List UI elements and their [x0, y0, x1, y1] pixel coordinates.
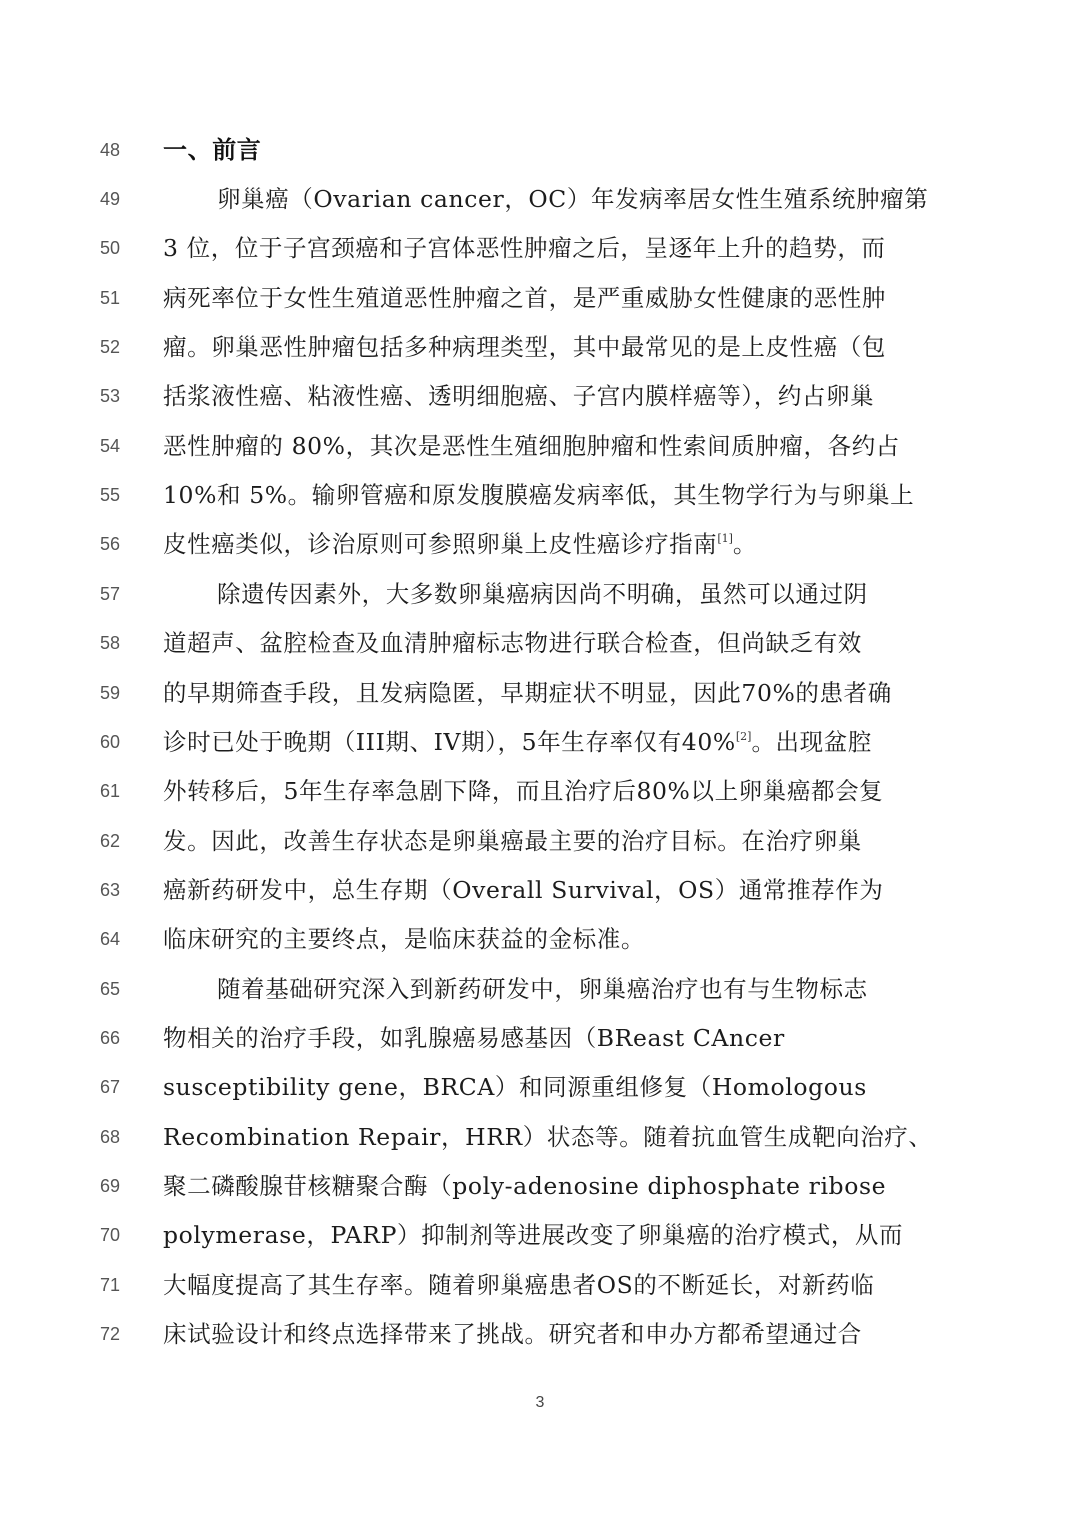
line-number: 50	[100, 224, 140, 273]
line-text-content: 床试验设计和终点选择带来了挑战。研究者和申办方都希望通过合	[163, 1320, 862, 1348]
line-text-content: 皮性癌类似，诊治原则可参照卵巢上皮性癌诊疗指南	[163, 530, 717, 558]
text-line: 62发。因此，改善生存状态是卵巢癌最主要的治疗目标。在治疗卵巢	[0, 817, 1080, 866]
line-number: 55	[100, 471, 140, 520]
page-number: 3	[0, 1394, 1080, 1412]
line-number: 51	[100, 274, 140, 323]
text-line: 72床试验设计和终点选择带来了挑战。研究者和申办方都希望通过合	[0, 1310, 1080, 1359]
line-number: 65	[100, 965, 140, 1014]
line-text: 大幅度提高了其生存率。随着卵巢癌患者OS的不断延长，对新药临	[163, 1261, 920, 1310]
text-line: 57除遗传因素外，大多数卵巢癌病因尚不明确，虽然可以通过阴	[0, 570, 1080, 619]
line-text: 床试验设计和终点选择带来了挑战。研究者和申办方都希望通过合	[163, 1310, 920, 1359]
line-text: 卵巢癌（Ovarian cancer，OC）年发病率居女性生殖系统肿瘤第	[217, 175, 920, 224]
line-number: 62	[100, 817, 140, 866]
line-text: 外转移后，5年生存率急剧下降，而且治疗后80%以上卵巢癌都会复	[163, 767, 920, 816]
line-number: 66	[100, 1014, 140, 1063]
line-number: 64	[100, 915, 140, 964]
text-line: 68Recombination Repair，HRR）状态等。随着抗血管生成靶向…	[0, 1113, 1080, 1162]
citation-reference[interactable]: [1]	[717, 532, 733, 545]
line-text-content: 病死率位于女性生殖道恶性肿瘤之首，是严重威胁女性健康的恶性肿	[163, 284, 886, 312]
line-text: 10%和 5%。输卵管癌和原发腹膜癌发病率低，其生物学行为与卵巢上	[163, 471, 920, 520]
line-text: 恶性肿瘤的 80%，其次是恶性生殖细胞肿瘤和性索间质肿瘤，各约占	[163, 422, 920, 471]
line-text: susceptibility gene，BRCA）和同源重组修复（Homolog…	[163, 1063, 920, 1112]
line-text: 诊时已处于晚期（III期、IV期），5年生存率仅有40%[2]。出现盆腔	[163, 718, 920, 767]
line-text-content: 3 位，位于子宫颈癌和子宫体恶性肿瘤之后，呈逐年上升的趋势，而	[163, 234, 886, 262]
line-text: 皮性癌类似，诊治原则可参照卵巢上皮性癌诊疗指南[1]。	[163, 520, 920, 569]
line-text: 括浆液性癌、粘液性癌、透明细胞癌、子宫内膜样癌等），约占卵巢	[163, 372, 920, 421]
text-line: 58道超声、盆腔检查及血清肿瘤标志物进行联合检查，但尚缺乏有效	[0, 619, 1080, 668]
line-text: 瘤。卵巢恶性肿瘤包括多种病理类型，其中最常见的是上皮性癌（包	[163, 323, 920, 372]
line-text: 3 位，位于子宫颈癌和子宫体恶性肿瘤之后，呈逐年上升的趋势，而	[163, 224, 920, 273]
text-line: 51病死率位于女性生殖道恶性肿瘤之首，是严重威胁女性健康的恶性肿	[0, 274, 1080, 323]
line-text: 物相关的治疗手段，如乳腺癌易感基因（BReast CAncer	[163, 1014, 920, 1063]
line-text: Recombination Repair，HRR）状态等。随着抗血管生成靶向治疗…	[163, 1113, 920, 1162]
document-page: 48 一、前言 49卵巢癌（Ovarian cancer，OC）年发病率居女性生…	[0, 0, 1080, 1527]
line-text-content: polymerase，PARP）抑制剂等进展改变了卵巢癌的治疗模式，从而	[163, 1221, 903, 1249]
text-line: 71大幅度提高了其生存率。随着卵巢癌患者OS的不断延长，对新药临	[0, 1261, 1080, 1310]
line-text-content: 大幅度提高了其生存率。随着卵巢癌患者OS的不断延长，对新药临	[163, 1271, 874, 1299]
line-number: 71	[100, 1261, 140, 1310]
line-number: 57	[100, 570, 140, 619]
section-heading: 一、前言	[163, 126, 920, 175]
text-line: 64临床研究的主要终点，是临床获益的金标准。	[0, 915, 1080, 964]
text-line: 61外转移后，5年生存率急剧下降，而且治疗后80%以上卵巢癌都会复	[0, 767, 1080, 816]
line-text-content: 物相关的治疗手段，如乳腺癌易感基因（BReast CAncer	[163, 1024, 785, 1052]
line-number: 56	[100, 520, 140, 569]
section-heading-line: 48 一、前言	[0, 126, 1080, 175]
text-line: 65随着基础研究深入到新药研发中，卵巢癌治疗也有与生物标志	[0, 965, 1080, 1014]
line-text-content: 10%和 5%。输卵管癌和原发腹膜癌发病率低，其生物学行为与卵巢上	[163, 481, 914, 509]
line-text-content: 括浆液性癌、粘液性癌、透明细胞癌、子宫内膜样癌等），约占卵巢	[163, 382, 874, 410]
line-text-continuation: 。出现盆腔	[751, 728, 872, 756]
line-text-content: 癌新药研发中，总生存期（Overall Survival，OS）通常推荐作为	[163, 876, 883, 904]
line-text: 除遗传因素外，大多数卵巢癌病因尚不明确，虽然可以通过阴	[217, 570, 920, 619]
text-line: 69聚二磷酸腺苷核糖聚合酶（poly-adenosine diphosphate…	[0, 1162, 1080, 1211]
text-line: 53括浆液性癌、粘液性癌、透明细胞癌、子宫内膜样癌等），约占卵巢	[0, 372, 1080, 421]
text-line: 59的早期筛查手段，且发病隐匿，早期症状不明显，因此70%的患者确	[0, 669, 1080, 718]
line-text-content: 诊时已处于晚期（III期、IV期），5年生存率仅有40%	[163, 728, 736, 756]
line-text-content: 瘤。卵巢恶性肿瘤包括多种病理类型，其中最常见的是上皮性癌（包	[163, 333, 886, 361]
line-text-content: 临床研究的主要终点，是临床获益的金标准。	[163, 925, 645, 953]
line-number: 70	[100, 1211, 140, 1260]
line-text-content: 卵巢癌（Ovarian cancer，OC）年发病率居女性生殖系统肿瘤第	[217, 185, 928, 213]
text-line: 52瘤。卵巢恶性肿瘤包括多种病理类型，其中最常见的是上皮性癌（包	[0, 323, 1080, 372]
line-number: 49	[100, 175, 140, 224]
line-number: 48	[100, 126, 140, 175]
line-number: 72	[100, 1310, 140, 1359]
line-number: 63	[100, 866, 140, 915]
line-number: 69	[100, 1162, 140, 1211]
line-text-content: 道超声、盆腔检查及血清肿瘤标志物进行联合检查，但尚缺乏有效	[163, 629, 862, 657]
text-line: 60诊时已处于晚期（III期、IV期），5年生存率仅有40%[2]。出现盆腔	[0, 718, 1080, 767]
line-text-content: 外转移后，5年生存率急剧下降，而且治疗后80%以上卵巢癌都会复	[163, 777, 883, 805]
line-number: 54	[100, 422, 140, 471]
line-text: 随着基础研究深入到新药研发中，卵巢癌治疗也有与生物标志	[217, 965, 920, 1014]
text-line: 5510%和 5%。输卵管癌和原发腹膜癌发病率低，其生物学行为与卵巢上	[0, 471, 1080, 520]
text-line: 54恶性肿瘤的 80%，其次是恶性生殖细胞肿瘤和性索间质肿瘤，各约占	[0, 422, 1080, 471]
line-text-continuation: 。	[733, 530, 757, 558]
line-text: 病死率位于女性生殖道恶性肿瘤之首，是严重威胁女性健康的恶性肿	[163, 274, 920, 323]
line-text: 癌新药研发中，总生存期（Overall Survival，OS）通常推荐作为	[163, 866, 920, 915]
line-text-content: 随着基础研究深入到新药研发中，卵巢癌治疗也有与生物标志	[217, 975, 868, 1003]
line-text-content: 除遗传因素外，大多数卵巢癌病因尚不明确，虽然可以通过阴	[217, 580, 868, 608]
line-number: 58	[100, 619, 140, 668]
line-text-content: 发。因此，改善生存状态是卵巢癌最主要的治疗目标。在治疗卵巢	[163, 827, 862, 855]
text-line: 66物相关的治疗手段，如乳腺癌易感基因（BReast CAncer	[0, 1014, 1080, 1063]
text-line: 63癌新药研发中，总生存期（Overall Survival，OS）通常推荐作为	[0, 866, 1080, 915]
line-text: 的早期筛查手段，且发病隐匿，早期症状不明显，因此70%的患者确	[163, 669, 920, 718]
line-number: 59	[100, 669, 140, 718]
line-text: 发。因此，改善生存状态是卵巢癌最主要的治疗目标。在治疗卵巢	[163, 817, 920, 866]
text-line: 70polymerase，PARP）抑制剂等进展改变了卵巢癌的治疗模式，从而	[0, 1211, 1080, 1260]
line-text-content: 恶性肿瘤的 80%，其次是恶性生殖细胞肿瘤和性索间质肿瘤，各约占	[163, 432, 900, 460]
text-line: 503 位，位于子宫颈癌和子宫体恶性肿瘤之后，呈逐年上升的趋势，而	[0, 224, 1080, 273]
line-number: 60	[100, 718, 140, 767]
line-text: 临床研究的主要终点，是临床获益的金标准。	[163, 915, 920, 964]
line-number: 68	[100, 1113, 140, 1162]
line-text-content: Recombination Repair，HRR）状态等。随着抗血管生成靶向治疗…	[163, 1123, 933, 1151]
text-line: 56皮性癌类似，诊治原则可参照卵巢上皮性癌诊疗指南[1]。	[0, 520, 1080, 569]
line-number: 53	[100, 372, 140, 421]
text-line: 67susceptibility gene，BRCA）和同源重组修复（Homol…	[0, 1063, 1080, 1112]
line-text: 道超声、盆腔检查及血清肿瘤标志物进行联合检查，但尚缺乏有效	[163, 619, 920, 668]
line-number: 52	[100, 323, 140, 372]
citation-reference[interactable]: [2]	[736, 730, 752, 743]
line-text-content: 的早期筛查手段，且发病隐匿，早期症状不明显，因此70%的患者确	[163, 679, 892, 707]
line-text: polymerase，PARP）抑制剂等进展改变了卵巢癌的治疗模式，从而	[163, 1211, 920, 1260]
line-text-content: susceptibility gene，BRCA）和同源重组修复（Homolog…	[163, 1073, 867, 1101]
line-text: 聚二磷酸腺苷核糖聚合酶（poly-adenosine diphosphate r…	[163, 1162, 920, 1211]
line-text-content: 聚二磷酸腺苷核糖聚合酶（poly-adenosine diphosphate r…	[163, 1172, 886, 1200]
line-number: 61	[100, 767, 140, 816]
line-number: 67	[100, 1063, 140, 1112]
text-line: 49卵巢癌（Ovarian cancer，OC）年发病率居女性生殖系统肿瘤第	[0, 175, 1080, 224]
